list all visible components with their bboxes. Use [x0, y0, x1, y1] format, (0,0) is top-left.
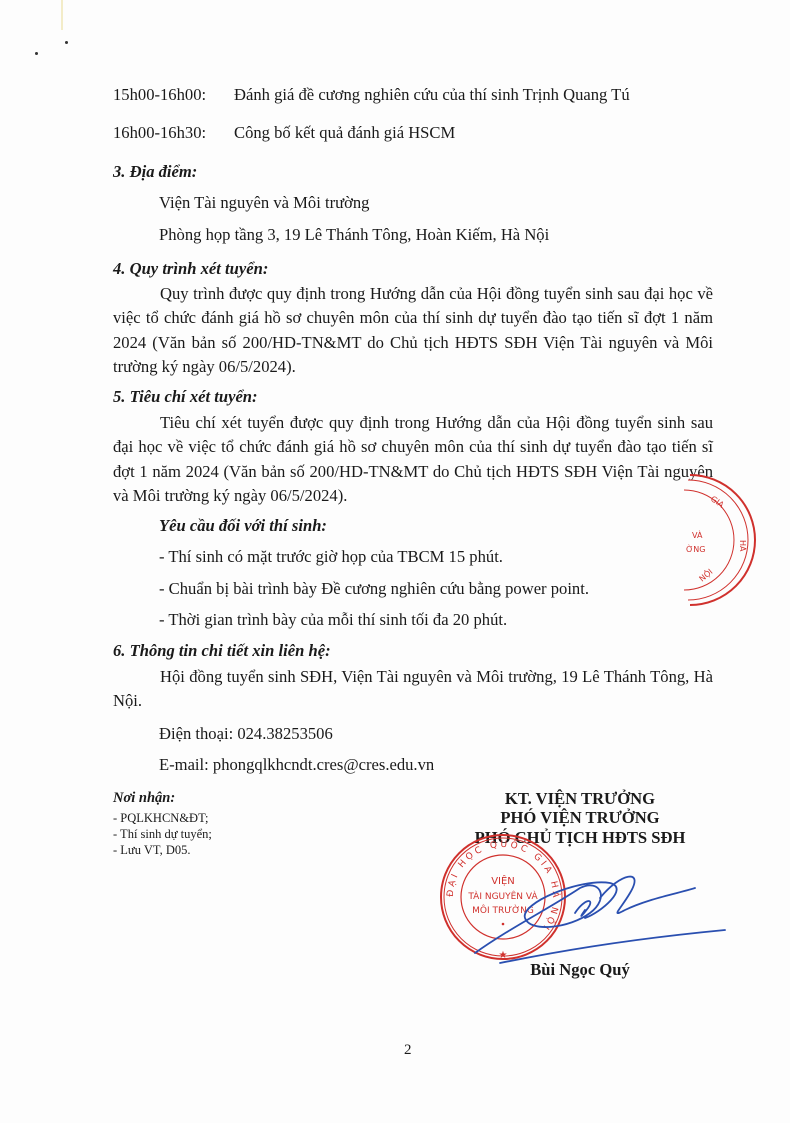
- contact-email: E-mail: phongqlkhcndt.cres@cres.edu.vn: [159, 757, 434, 774]
- location-institute: Viện Tài nguyên và Môi trường: [159, 195, 369, 212]
- contact-paragraph: Hội đồng tuyển sinh SĐH, Viện Tài nguyên…: [113, 665, 713, 714]
- recipient-item: - PQLKHCN&ĐT;: [113, 811, 209, 826]
- handwritten-signature: [470, 858, 730, 973]
- recipient-item: - Lưu VT, D05.: [113, 843, 190, 858]
- section-4-heading: 4. Quy trình xét tuyển:: [113, 259, 268, 279]
- seal-fragment-text: GIA: [709, 494, 726, 510]
- requirements-heading: Yêu cầu đối với thí sinh:: [159, 516, 327, 536]
- section-4-paragraph: Quy trình được quy định trong Hướng dẫn …: [113, 282, 713, 379]
- requirement-item: - Chuẩn bị bài trình bày Đề cương nghiên…: [159, 581, 589, 598]
- requirement-item: - Thời gian trình bày của mỗi thí sinh t…: [159, 612, 507, 629]
- scan-edge-mark: [61, 0, 63, 30]
- requirement-item: - Thí sinh có mặt trước giờ họp của TBCM…: [159, 549, 503, 566]
- signature-title-line-2: PHÓ VIỆN TRƯỞNG: [440, 808, 720, 828]
- scan-speck: [65, 41, 68, 44]
- schedule-activity: Công bố kết quả đánh giá HSCM: [234, 125, 455, 142]
- schedule-time: 15h00-16h00:: [113, 87, 206, 104]
- schedule-activity: Đánh giá đề cương nghiên cứu của thí sin…: [234, 87, 630, 104]
- section-5-paragraph: Tiêu chí xét tuyển được quy định trong H…: [113, 411, 713, 508]
- location-address: Phòng họp tầng 3, 19 Lê Thánh Tông, Hoàn…: [159, 227, 549, 244]
- contact-phone: Điện thoại: 024.38253506: [159, 726, 333, 743]
- section-3-heading: 3. Địa điểm:: [113, 162, 197, 182]
- seal-fragment-text: ỜNG: [686, 543, 706, 554]
- seal-fragment-text: NỘI: [696, 566, 714, 584]
- signature-title-line-1: KT. VIỆN TRƯỞNG: [440, 789, 720, 809]
- page-seal-fragment: GIA HÀ VÀ ỜNG NỘI: [680, 470, 760, 615]
- recipient-item: - Thí sinh dự tuyển;: [113, 827, 212, 842]
- signer-name: Bùi Ngọc Quý: [440, 960, 720, 980]
- scan-speck: [35, 52, 38, 55]
- section-6-heading: 6. Thông tin chi tiết xin liên hệ:: [113, 641, 331, 661]
- section-5-heading: 5. Tiêu chí xét tuyển:: [113, 387, 258, 407]
- seal-fragment-text: VÀ: [692, 529, 703, 540]
- page-number: 2: [404, 1042, 412, 1059]
- recipients-heading: Nơi nhận:: [113, 790, 175, 807]
- seal-fragment-text: HÀ: [738, 540, 749, 552]
- schedule-time: 16h00-16h30:: [113, 125, 206, 142]
